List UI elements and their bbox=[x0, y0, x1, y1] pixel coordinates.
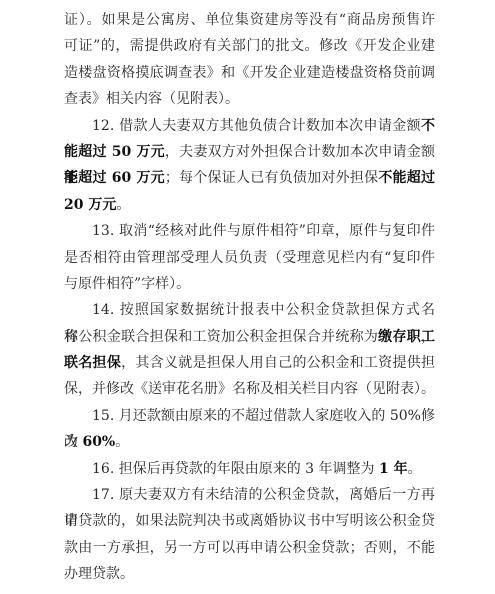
body-text: 请贷款的，如果法院判决书或离婚协议书中写明该公积金贷 bbox=[64, 513, 435, 529]
document-page: 证）。如果是公寓房、单位集资建房等没有“商品房预售许可证”的，需提供政府有关部门… bbox=[0, 0, 495, 594]
text-line: 20 万元。 bbox=[64, 192, 435, 218]
text-line: 造楼盘资格摸底调查表》和《开发企业建造楼盘资格贷前调 bbox=[64, 60, 435, 86]
emphasis-text: 能超过 50 万元 bbox=[64, 144, 165, 160]
body-text: 16. 担保后再贷款的年限由原来的 3 年调整为 bbox=[92, 461, 379, 477]
text-line: 保，并修改《送审花名册》名称及相关栏目内容（见附表）。 bbox=[64, 376, 435, 402]
text-line: 能超过 60 万元；每个保证人已有负债加对外担保不能超过 bbox=[64, 165, 435, 191]
body-text: 办理贷款。 bbox=[64, 566, 134, 582]
text-line: 联名担保，其含义就是担保人用自己的公积金和工资提供担 bbox=[64, 350, 435, 376]
text-line: 能超过 50 万元，夫妻双方对外担保合计数加本次申请金额不 bbox=[64, 139, 435, 165]
body-text: ，其含义就是担保人用自己的公积金和工资提供担 bbox=[121, 355, 435, 371]
text-line: 为 60%。 bbox=[64, 429, 435, 455]
text-line: 14. 按照国家数据统计报表中公积金贷款担保方式名称， bbox=[64, 297, 435, 323]
text-line: 查表》相关内容（见附表）。 bbox=[64, 86, 435, 112]
text-line: 请贷款的，如果法院判决书或离婚协议书中写明该公积金贷 bbox=[64, 508, 435, 534]
body-text: 将公积金联合担保和工资加公积金担保合并统称为 bbox=[64, 329, 378, 345]
text-line: 15. 月还款额由原来的不超过借款人家庭收入的 50%修改 bbox=[64, 403, 435, 429]
text-line: 将公积金联合担保和工资加公积金担保合并统称为缴存职工 bbox=[64, 324, 435, 350]
text-line: 16. 担保后再贷款的年限由原来的 3 年调整为 1 年。 bbox=[64, 456, 435, 482]
body-text: 造楼盘资格摸底调查表》和《开发企业建造楼盘资格贷前调 bbox=[64, 65, 435, 81]
body-text: 是否相符由管理部受理人员负责（受理意见栏内有“复印件 bbox=[64, 250, 435, 266]
body-text: 保，并修改《送审花名册》名称及相关栏目内容（见附表）。 bbox=[64, 381, 435, 397]
text-line: 证）。如果是公寓房、单位集资建房等没有“商品房预售许 bbox=[64, 7, 435, 33]
text-line: 是否相符由管理部受理人员负责（受理意见栏内有“复印件 bbox=[64, 245, 435, 271]
body-text: ，夫妻双方对外担保合计数加本次申请金额 bbox=[165, 144, 435, 160]
body-text: 13. 取消“经核对此件与原件相符”印章，原件与复印件 bbox=[92, 223, 435, 239]
body-text: 12. 借款人夫妻双方其他负债合计数加本次申请金额 bbox=[92, 118, 421, 134]
body-text: 。 bbox=[115, 434, 129, 450]
emphasis-text: 20 万元 bbox=[64, 197, 116, 213]
body-text: 可证”的，需提供政府有关部门的批文。修改《开发企业建 bbox=[64, 38, 435, 54]
document-body: 证）。如果是公寓房、单位集资建房等没有“商品房预售许可证”的，需提供政府有关部门… bbox=[64, 7, 435, 588]
body-text: 。 bbox=[408, 461, 422, 477]
body-text: 为 bbox=[64, 434, 82, 450]
text-line: 12. 借款人夫妻双方其他负债合计数加本次申请金额不 bbox=[64, 113, 435, 139]
emphasis-text: 60% bbox=[82, 434, 115, 450]
text-line: 可证”的，需提供政府有关部门的批文。修改《开发企业建 bbox=[64, 33, 435, 59]
body-text: 。 bbox=[116, 197, 130, 213]
emphasis-text: 1 年 bbox=[379, 461, 408, 477]
emphasis-text: 能超过 60 万元 bbox=[64, 170, 165, 186]
emphasis-text: 不能超过 bbox=[378, 170, 435, 186]
text-line: 款由一方承担，另一方可以再申请公积金贷款；否则，不能 bbox=[64, 535, 435, 561]
body-text: 查表》相关内容（见附表）。 bbox=[64, 91, 239, 107]
body-text: 款由一方承担，另一方可以再申请公积金贷款；否则，不能 bbox=[64, 540, 435, 556]
emphasis-text: 联名担保 bbox=[64, 355, 121, 371]
text-line: 办理贷款。 bbox=[64, 561, 435, 587]
text-line: 17. 原夫妻双方有未结清的公积金贷款，离婚后一方再申 bbox=[64, 482, 435, 508]
body-text: ；每个保证人已有负债加对外担保 bbox=[165, 170, 378, 186]
emphasis-text: 缴存职工 bbox=[378, 329, 435, 345]
body-text: 证）。如果是公寓房、单位集资建房等没有“商品房预售许 bbox=[64, 12, 435, 28]
emphasis-text: 不 bbox=[421, 118, 435, 134]
body-text: 与原件相符”字样）。 bbox=[64, 276, 190, 292]
text-line: 与原件相符”字样）。 bbox=[64, 271, 435, 297]
text-line: 13. 取消“经核对此件与原件相符”印章，原件与复印件 bbox=[64, 218, 435, 244]
